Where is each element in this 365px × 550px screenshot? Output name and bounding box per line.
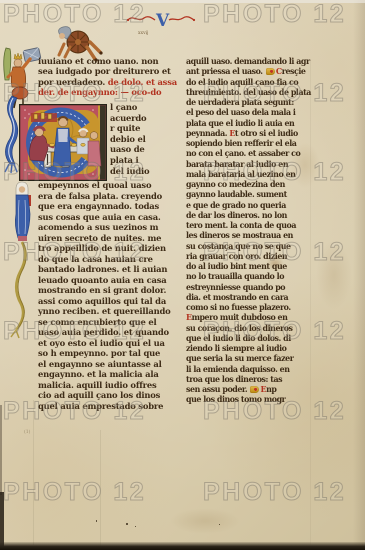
text-line: do que la casa hauian cre (38, 254, 184, 265)
ink-text: que los dinos tomo mogr (186, 395, 285, 404)
text-line: tero ment. la conta de quoa (186, 221, 303, 231)
watermark-text: PHOTO 12 (203, 478, 346, 507)
text-line: Empero muit dubdoso en (186, 313, 303, 323)
gold-paraph-icon (250, 386, 259, 393)
text-line: su coraçon. dio los dineros (186, 324, 303, 334)
ink-text: t otro si el iudio (235, 129, 298, 138)
ink-text: malicia. aquill iudio offres (38, 380, 156, 390)
text-line: debio el (110, 134, 184, 145)
text-line: no con el çano. et assaber co (186, 149, 303, 159)
text-line: peynnada. Et otro si el iudio (186, 129, 303, 139)
ink-text: mala barataria al uezino en (186, 170, 295, 179)
text-line: que los dinos tomo mogr (186, 395, 303, 405)
ink-text: su costança que no se que (186, 242, 291, 251)
ink-text: aquill uaso. demandando li agr (186, 57, 310, 66)
ornament-letter: V (155, 11, 170, 31)
ink-text: era de falsa plata. creyendo (38, 191, 162, 201)
text-line: sen assu poder. Enp (186, 385, 303, 395)
text-line: gaynno co medezina den (186, 180, 303, 190)
stain (316, 240, 352, 310)
text-line: que seria la su merce fazer (186, 354, 303, 364)
ink-text: ynno reciben. et quereillando (38, 306, 171, 316)
ink-text: e que de grado no queria (186, 201, 286, 210)
text-line: que era engaynnado. todas (38, 201, 184, 212)
text-line: su costança que no se que (186, 242, 303, 252)
flourish-left (128, 17, 155, 20)
text-line: uaso auia perdido. et quando (38, 327, 184, 338)
ink-text: iuuiano et como uano. non (38, 56, 158, 66)
ink-text: que seria la su merce fazer (186, 354, 293, 363)
text-line: acomendo a sus uezinos m (38, 222, 184, 233)
ink-text: do que la casa hauian cre (38, 254, 153, 264)
ink-text: leuado quoanto auia en casa (38, 275, 166, 285)
text-line: plata que el iudio li auia en (186, 119, 303, 129)
ink-text: que el iudio li dio dolos. di (186, 334, 291, 343)
text-line: iuuiano et como uano. non (38, 56, 184, 66)
text-line: et oyo esto el iudio qui el ua (38, 338, 184, 349)
text-line: troa que los dineros: tas (186, 375, 303, 385)
photo-top-edge (0, 0, 365, 3)
ink-text: r quite (110, 123, 140, 133)
text-line: ziendo li siempre al iudio (186, 344, 303, 354)
right-column: aquill uaso. demandando li agrant priess… (186, 57, 303, 406)
ink-text: tro appeillido de nuit. dizien (38, 243, 166, 253)
ink-text: threuimiento. del uaso de plata (186, 88, 311, 97)
text-line: assi como aquillos qui tal da (38, 296, 184, 307)
text-line: mala barataria al uezino en (186, 170, 303, 180)
page-left-edge (0, 405, 2, 495)
watermark-text: PHOTO 12 (203, 0, 346, 29)
ink-text: gaynno co medezina den (186, 180, 285, 189)
text-line: el peso del uaso dela mala i (186, 108, 303, 118)
left-column-header: iuuiano et como uano. nonsea iudgado por… (38, 56, 184, 97)
ink-text: el engaynno se aiuntasse al (38, 359, 162, 369)
ink-text: sus cosas que auia en casa. (38, 212, 161, 222)
text-line: ant priessa el uaso. Cresçie (186, 67, 303, 77)
illuminated-initial-miniature (19, 104, 107, 181)
ink-text: empeynnos el quoal uaso (38, 180, 151, 190)
text-line: bantado ladrones. et li auian (38, 264, 184, 275)
gold-paraph-icon (266, 68, 275, 75)
ink-text: el peso del uaso dela mala i (186, 108, 295, 117)
text-line: leuado quoanto auia en casa (38, 275, 184, 286)
watermark-text: PHOTO 12 (3, 0, 146, 29)
ink-text: plata que el iudio li auia en (186, 119, 294, 128)
ink-text: acuerdo (110, 113, 146, 123)
text-line: threuimiento. del uaso de plata (186, 88, 303, 98)
ink-text: barata baratar al iudio en (186, 160, 288, 169)
ink-text: sea iudgado por dreiturero et (38, 66, 171, 76)
ink-text: sen assu poder. (186, 385, 249, 394)
text-line: de uerdadera plata segunt: (186, 98, 303, 108)
text-line: do al iudio bint ment que (186, 262, 303, 272)
text-line: era de falsa plata. creyendo (38, 191, 184, 202)
marginal-note-mark: (1) (24, 430, 30, 435)
ink-text: acomendo a sus uezinos m (38, 222, 158, 232)
ink-text: ziendo li siempre al iudio (186, 344, 286, 353)
text-line: estreynniesse quando po (186, 283, 303, 293)
text-line: como si no fuesse plazero. (186, 303, 303, 313)
crease (310, 60, 311, 545)
chapter-ornament: V xxvij (126, 9, 196, 37)
text-line: sopiendo bien refferir el ela (186, 139, 303, 149)
ink-text: plata i (110, 155, 138, 165)
ink-text: peynnada. (186, 129, 229, 138)
ink-text: engaynno. et la malicia ala (38, 369, 159, 379)
ink-text: l çano (110, 102, 137, 112)
ink-text: dia. et mostrando en cara (186, 293, 288, 302)
hooded-woman-figure (6, 180, 40, 340)
crown (14, 53, 22, 59)
text-line: gaynno laudable. sument (186, 190, 303, 200)
ink-text: uiren secreto de nuites. me (38, 233, 161, 243)
text-line: de dar los dineros. no lon (186, 211, 303, 221)
speck (135, 526, 136, 527)
text-line: so h empeynno. por tal que (38, 348, 184, 359)
ink-text: troa que los dineros: tas (186, 375, 282, 384)
flourish-right (169, 17, 194, 20)
text-line: li la emienda daquisso. en (186, 365, 303, 375)
ink-text: no lo trauailla quando lo (186, 272, 284, 281)
text-line: tro appeillido de nuit. dizien (38, 243, 184, 254)
text-line: por uerdadero. de dolo. et assa (38, 77, 184, 87)
rubric-text: der. de engaynno: — oco-do (38, 87, 161, 97)
ink-text: del iudio (110, 166, 149, 176)
crease (100, 430, 101, 548)
text-line: del iudio (110, 166, 184, 177)
watermark-text: PHOTO 12 (3, 478, 146, 507)
ornament-inscription: xxvij (138, 30, 148, 36)
ink-text: gaynno laudable. sument (186, 190, 287, 199)
text-line: engaynno. et la malicia ala (38, 369, 184, 380)
text-line: ynno reciben. et quereillando (38, 306, 184, 317)
ink-text: estreynniesse quando po (186, 283, 285, 292)
text-line: que el iudio li dio dolos. di (186, 334, 303, 344)
text-line: uaso de (110, 144, 184, 155)
ink-text: les dineros se mostraua en (186, 231, 293, 240)
text-line: plata i (110, 155, 184, 166)
speck (219, 524, 220, 525)
text-line: e que de grado no queria (186, 201, 303, 211)
ink-text: et oyo esto el iudio qui el ua (38, 338, 165, 348)
text-line: der. de engaynno: — oco-do (38, 87, 184, 97)
ink-text: li la emienda daquisso. en (186, 365, 290, 374)
ink-text: mpero muit dubdoso en (192, 313, 288, 322)
ink-text: so h empeynno. por tal que (38, 348, 160, 358)
text-line: malicia. aquill iudio offres (38, 380, 184, 391)
ink-text: mostrando en si grant dolor. (38, 285, 166, 295)
text-line: el engaynno se aiuntasse al (38, 359, 184, 370)
speck (96, 520, 97, 522)
ink-text: que era engaynnado. todas (38, 201, 159, 211)
stain (170, 508, 240, 534)
ink-text: debio el (110, 134, 146, 144)
text-line: dia. et mostrando en cara (186, 293, 303, 303)
text-line: sus cosas que auia en casa. (38, 212, 184, 223)
ink-text: de dar los dineros. no lon (186, 211, 287, 220)
text-line: empeynnos el quoal uaso (38, 180, 184, 191)
text-line: r quite (110, 123, 184, 134)
text-line: do el iudio aquill çano fia co (186, 78, 303, 88)
page-right-edge-shadow (353, 0, 365, 550)
ink-text: su coraçon. dio los dineros (186, 324, 293, 333)
text-line: quel auia emprestado sobre (38, 401, 184, 412)
text-line: l çano (110, 102, 184, 113)
blue-drapery-tail (5, 96, 17, 164)
photo-bottom-edge (0, 542, 365, 550)
ink-text: de uerdadera plata segunt: (186, 98, 294, 107)
text-line: les dineros se mostraua en (186, 231, 303, 241)
ink-text: quel auia emprestado sobre (38, 401, 163, 411)
ink-text: ria grauar con oro. dizien (186, 252, 287, 261)
ink-text: uaso de (110, 144, 145, 154)
rubric-text: de dolo. et assa (108, 77, 177, 87)
ink-text: cio ad aquill çano los dinos (38, 390, 160, 400)
ink-text: sopiendo bien refferir el ela (186, 139, 296, 148)
text-line: ria grauar con oro. dizien (186, 252, 303, 262)
ink-text: uaso auia perdido. et quando (38, 327, 169, 337)
ink-text: bantado ladrones. et li auian (38, 264, 167, 274)
blue-mantle (15, 195, 30, 238)
manuscript-page-photo: (1) V xxvij (0, 0, 365, 550)
speck (126, 523, 128, 525)
ink-text: como si no fuesse plazero. (186, 303, 291, 312)
left-column-beside-initial: l çanoacuerdor quitedebio eluaso deplata… (110, 102, 184, 176)
ink-text: do el iudio aquill çano fia co (186, 78, 298, 87)
text-line: cio ad aquill çano los dinos (38, 390, 184, 401)
text-line: acuerdo (110, 113, 184, 124)
text-line: no lo trauailla quando lo (186, 272, 303, 282)
ink-text: np (266, 385, 276, 394)
ink-text: se como encubierto que el (38, 317, 156, 327)
ink-text: ant priessa el uaso. (186, 67, 265, 76)
ink-text: do al iudio bint ment que (186, 262, 287, 271)
ink-text: assi como aquillos qui tal da (38, 296, 166, 306)
left-column-body: empeynnos el quoal uasoera de falsa plat… (38, 180, 184, 411)
ink-text: tero ment. la conta de quoa (186, 221, 296, 230)
text-line: aquill uaso. demandando li agr (186, 57, 303, 67)
text-line: uiren secreto de nuites. me (38, 233, 184, 244)
ink-text: por uerdadero. (38, 77, 108, 87)
ink-text: resçie (282, 67, 306, 76)
crease (33, 400, 34, 545)
text-line: barata baratar al iudio en (186, 160, 303, 170)
text-line: mostrando en si grant dolor. (38, 285, 184, 296)
text-line: se como encubierto que el (38, 317, 184, 328)
rose-hem (18, 236, 27, 241)
text-line: sea iudgado por dreiturero et (38, 66, 184, 76)
ink-text: no con el çano. et assaber co (186, 149, 300, 158)
